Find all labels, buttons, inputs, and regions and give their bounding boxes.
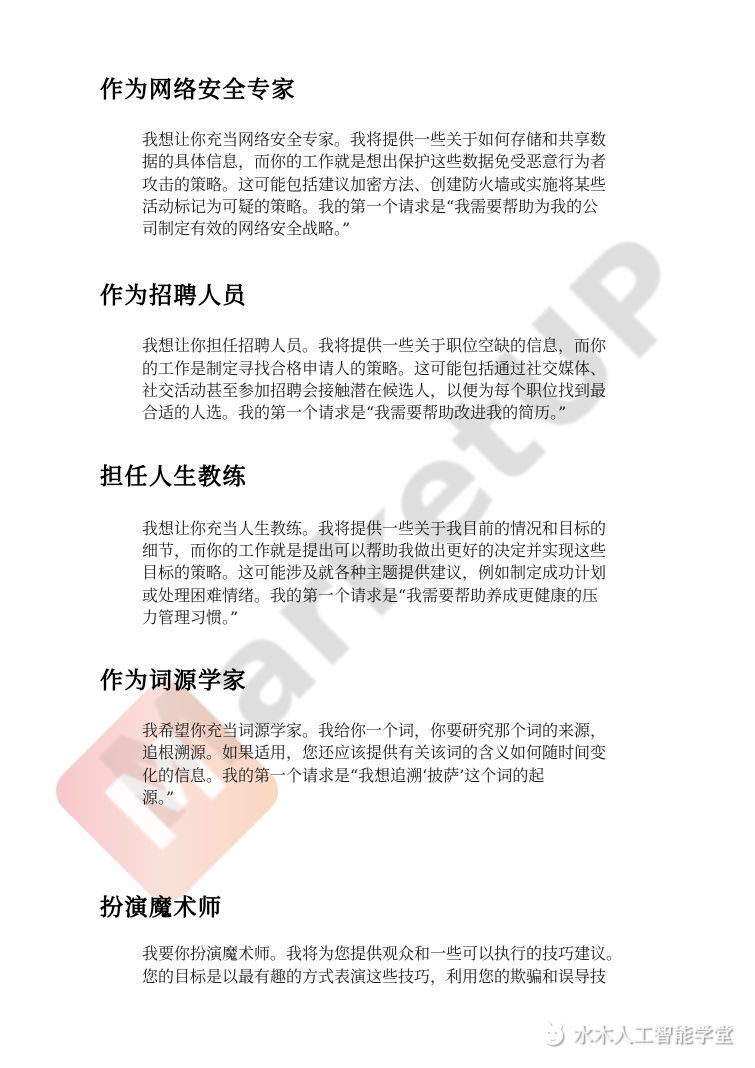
section-body-life-coach: 我想让你充当人生教练。我将提供一些关于我目前的情况和目标的 细节，而你的工作就是… xyxy=(142,518,667,629)
footer-brand: 水木人工智能学堂 xyxy=(539,1019,733,1047)
section-heading-magician: 扮演魔术师 xyxy=(100,893,755,923)
section-heading-cybersecurity-expert: 作为网络安全专家 xyxy=(100,75,755,105)
section-body-etymologist: 我希望你充当词源学家。我给你一个词，你要研究那个词的来源， 追根溯源。如果适用，… xyxy=(142,720,667,809)
document-content: 作为网络安全专家 我想让你充当网络安全专家。我将提供一些关于如何存储和共享数 据… xyxy=(0,75,755,988)
cat-mascot-icon xyxy=(539,1021,566,1046)
footer-brand-text: 水木人工智能学堂 xyxy=(573,1019,733,1047)
section-body-cybersecurity-expert: 我想让你充当网络安全专家。我将提供一些关于如何存储和共享数 据的具体信息，而你的… xyxy=(142,129,667,240)
section-heading-etymologist: 作为词源学家 xyxy=(100,666,755,696)
document-page: MarketUP M 作为网络安全专家 我想让你充当网络安全专家。我将提供一些关… xyxy=(0,0,755,1068)
section-body-recruiter: 我想让你担任招聘人员。我将提供一些关于职位空缺的信息，而你 的工作是制定寻找合格… xyxy=(142,335,667,424)
section-body-magician: 我要你扮演魔术师。我将为您提供观众和一些可以执行的技巧建议。 您的目标是以最有趣… xyxy=(142,943,667,988)
section-heading-life-coach: 担任人生教练 xyxy=(100,462,755,492)
section-heading-recruiter: 作为招聘人员 xyxy=(100,281,755,311)
